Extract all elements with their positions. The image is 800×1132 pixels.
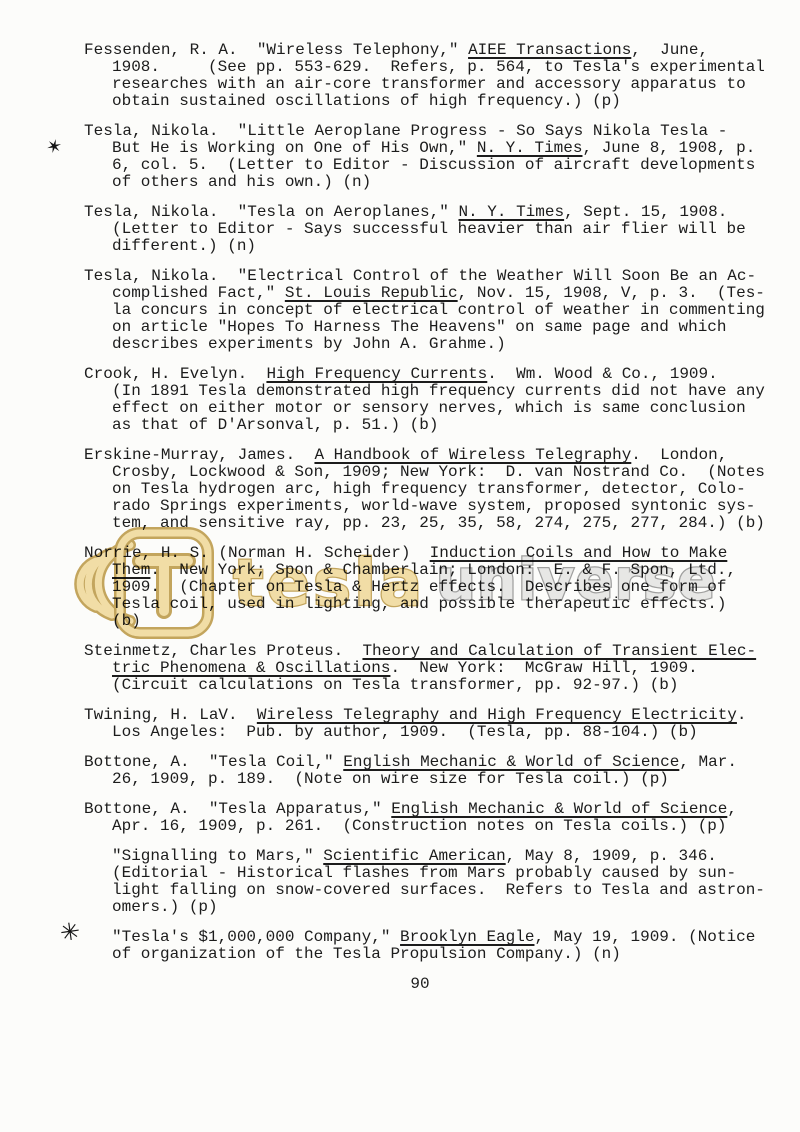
bibliography-entry: Norrie, H. S. (Norman H. Scheider) Induc… — [84, 545, 784, 630]
entry-line: omers.) (p) — [112, 899, 784, 916]
entry-line: Tesla coil, used in lighting, and possib… — [112, 596, 784, 613]
underlined-title: N. Y. Times — [458, 203, 564, 221]
entry-text: , Nov. 15, 1908, V, p. 3. (Tes- — [458, 284, 765, 302]
entry-text: Los Angeles: Pub. by author, 1909. (Tesl… — [112, 723, 698, 741]
bibliography-entry: Crook, H. Evelyn. High Frequency Current… — [84, 366, 784, 434]
entry-line: rado Springs experiments, world-wave sys… — [112, 498, 784, 515]
entry-line: as that of D'Arsonval, p. 51.) (b) — [112, 417, 784, 434]
entry-text: Fessenden, R. A. "Wireless Telephony," — [84, 41, 468, 59]
entry-line: light falling on snow-covered surfaces. … — [112, 882, 784, 899]
entry-line: Norrie, H. S. (Norman H. Scheider) Induc… — [84, 545, 784, 562]
entry-line: Tesla, Nikola. "Electrical Control of th… — [84, 268, 784, 285]
entry-text: Crosby, Lockwood & Son, 1909; New York: … — [112, 463, 765, 481]
entry-line: (In 1891 Tesla demonstrated high frequen… — [112, 383, 784, 400]
entry-line: "Signalling to Mars," Scientific America… — [112, 848, 784, 865]
bibliography-entry: Twining, H. LaV. Wireless Telegraphy and… — [84, 707, 784, 741]
page-content: Fessenden, R. A. "Wireless Telephony," A… — [84, 42, 784, 993]
entry-line: on article "Hopes To Harness The Heavens… — [112, 319, 784, 336]
entry-line: Crosby, Lockwood & Son, 1909; New York: … — [112, 464, 784, 481]
entry-text: Apr. 16, 1909, p. 261. (Construction not… — [112, 817, 727, 835]
underlined-title: English Mechanic & World of Science — [391, 800, 727, 818]
bibliography-entry: Tesla, Nikola. "Tesla on Aeroplanes," N.… — [84, 204, 784, 255]
entry-text: , — [727, 800, 737, 818]
entry-text: 1909. (Chapter on Tesla & Hertz effects.… — [112, 578, 727, 596]
entry-text: (Letter to Editor - Says successful heav… — [112, 220, 746, 238]
entry-line: different.) (n) — [112, 238, 784, 255]
bibliography-entry: Bottone, A. "Tesla Coil," English Mechan… — [84, 754, 784, 788]
entry-text: Tesla, Nikola. "Little Aeroplane Progres… — [84, 122, 727, 140]
entry-text: (Editorial - Historical flashes from Mar… — [112, 864, 736, 882]
entry-text: Tesla coil, used in lighting, and possib… — [112, 595, 727, 613]
entry-text: complished Fact," — [112, 284, 285, 302]
bibliography-entry: Tesla, Nikola. "Electrical Control of th… — [84, 268, 784, 353]
page-number: 90 — [84, 976, 756, 993]
bibliography-entry: "Signalling to Mars," Scientific America… — [84, 848, 784, 916]
entry-line: Fessenden, R. A. "Wireless Telephony," A… — [84, 42, 784, 59]
underlined-title: Brooklyn Eagle — [400, 928, 534, 946]
bibliography-list: Fessenden, R. A. "Wireless Telephony," A… — [84, 42, 784, 963]
entry-line: complished Fact," St. Louis Republic, No… — [112, 285, 784, 302]
entry-line: (Letter to Editor - Says successful heav… — [112, 221, 784, 238]
entry-line: tric Phenomena & Oscillations. New York:… — [112, 660, 784, 677]
entry-text: describes experiments by John A. Grahme.… — [112, 335, 506, 353]
entry-line: Los Angeles: Pub. by author, 1909. (Tesl… — [112, 724, 784, 741]
entry-text: 1908. (See pp. 553-629. Refers, p. 564, … — [112, 58, 765, 76]
underlined-title: tric Phenomena & Oscillations — [112, 659, 390, 677]
entry-line: Bottone, A. "Tesla Coil," English Mechan… — [84, 754, 784, 771]
entry-line: tem, and sensitive ray, pp. 23, 25, 35, … — [112, 515, 784, 532]
entry-text: , Sept. 15, 1908. — [564, 203, 727, 221]
bibliography-entry: Bottone, A. "Tesla Apparatus," English M… — [84, 801, 784, 835]
entry-text: light falling on snow-covered surfaces. … — [112, 881, 765, 899]
entry-text: , June, — [631, 41, 708, 59]
entry-text: (In 1891 Tesla demonstrated high frequen… — [112, 382, 765, 400]
entry-line: Apr. 16, 1909, p. 261. (Construction not… — [112, 818, 784, 835]
entry-text: . London, — [631, 446, 727, 464]
entry-line: 1909. (Chapter on Tesla & Hertz effects.… — [112, 579, 784, 596]
bibliography-entry: "Tesla's $1,000,000 Company," Brooklyn E… — [84, 929, 784, 963]
underlined-title: English Mechanic & World of Science — [343, 753, 679, 771]
entry-line: (Circuit calculations on Tesla transform… — [112, 677, 784, 694]
underlined-title: St. Louis Republic — [285, 284, 458, 302]
entry-line: of organization of the Tesla Propulsion … — [112, 946, 784, 963]
entry-line: describes experiments by John A. Grahme.… — [112, 336, 784, 353]
entry-text: "Tesla's $1,000,000 Company," — [112, 928, 400, 946]
entry-line: Tesla, Nikola. "Little Aeroplane Progres… — [84, 123, 784, 140]
entry-line: (b) — [112, 613, 784, 630]
bibliography-entry: Steinmetz, Charles Proteus. Theory and C… — [84, 643, 784, 694]
entry-text: . Wm. Wood & Co., 1909. — [487, 365, 717, 383]
entry-text: Crook, H. Evelyn. — [84, 365, 266, 383]
entry-text: , May 8, 1909, p. 346. — [506, 847, 717, 865]
entry-text: researches with an air-core transformer … — [112, 75, 746, 93]
entry-line: Steinmetz, Charles Proteus. Theory and C… — [84, 643, 784, 660]
scanned-bibliography-page: ✶ ✳ Fessenden, R. A. "Wireless Telephony… — [0, 0, 800, 1132]
entry-text: (b) — [112, 612, 141, 630]
underlined-title: Scientific American — [323, 847, 505, 865]
entry-line: obtain sustained oscillations of high fr… — [112, 93, 784, 110]
entry-line: But He is Working on One of His Own," N.… — [112, 140, 784, 157]
entry-text: tem, and sensitive ray, pp. 23, 25, 35, … — [112, 514, 765, 532]
entry-text: . — [737, 706, 747, 724]
entry-text: as that of D'Arsonval, p. 51.) (b) — [112, 416, 438, 434]
entry-line: Erskine-Murray, James. A Handbook of Wir… — [84, 447, 784, 464]
entry-line: Twining, H. LaV. Wireless Telegraphy and… — [84, 707, 784, 724]
entry-text: 6, col. 5. (Letter to Editor - Discussio… — [112, 156, 755, 174]
entry-text: Twining, H. LaV. — [84, 706, 257, 724]
entry-text: Erskine-Murray, James. — [84, 446, 314, 464]
entry-text: . New York: McGraw Hill, 1909. — [390, 659, 697, 677]
entry-text: effect on either motor or sensory nerves… — [112, 399, 746, 417]
entry-text: , June 8, 1908, p. — [582, 139, 755, 157]
entry-text: Tesla, Nikola. "Electrical Control of th… — [84, 267, 756, 285]
underlined-title: A Handbook of Wireless Telegraphy — [314, 446, 631, 464]
entry-text: (Circuit calculations on Tesla transform… — [112, 676, 679, 694]
entry-text: la concurs in concept of electrical cont… — [112, 301, 765, 319]
entry-text: Bottone, A. "Tesla Apparatus," — [84, 800, 391, 818]
bibliography-entry: Fessenden, R. A. "Wireless Telephony," A… — [84, 42, 784, 110]
entry-text: on Tesla hydrogen arc, high frequency tr… — [112, 480, 746, 498]
entry-line: 6, col. 5. (Letter to Editor - Discussio… — [112, 157, 784, 174]
entry-text: of others and his own.) (n) — [112, 173, 371, 191]
entry-line: Crook, H. Evelyn. High Frequency Current… — [84, 366, 784, 383]
bibliography-entry: Erskine-Murray, James. A Handbook of Wir… — [84, 447, 784, 532]
entry-text: omers.) (p) — [112, 898, 218, 916]
margin-star-mark: ✳ — [58, 917, 82, 948]
margin-star-mark: ✶ — [44, 134, 65, 159]
entry-line: 26, 1909, p. 189. (Note on wire size for… — [112, 771, 784, 788]
entry-text: . New York; Spon & Chamberlain; London: … — [150, 561, 736, 579]
entry-text: 26, 1909, p. 189. (Note on wire size for… — [112, 770, 669, 788]
entry-line: Them. New York; Spon & Chamberlain; Lond… — [112, 562, 784, 579]
entry-text: But He is Working on One of His Own," — [112, 139, 477, 157]
entry-line: (Editorial - Historical flashes from Mar… — [112, 865, 784, 882]
entry-line: of others and his own.) (n) — [112, 174, 784, 191]
entry-text: on article "Hopes To Harness The Heavens… — [112, 318, 727, 336]
entry-line: "Tesla's $1,000,000 Company," Brooklyn E… — [112, 929, 784, 946]
underlined-title: Induction Coils and How to Make — [430, 544, 728, 562]
underlined-title: N. Y. Times — [477, 139, 583, 157]
entry-text: "Signalling to Mars," — [112, 847, 323, 865]
underlined-title: Them — [112, 561, 150, 579]
bibliography-entry: Tesla, Nikola. "Little Aeroplane Progres… — [84, 123, 784, 191]
entry-text: Norrie, H. S. (Norman H. Scheider) — [84, 544, 430, 562]
entry-text: obtain sustained oscillations of high fr… — [112, 92, 621, 110]
entry-line: on Tesla hydrogen arc, high frequency tr… — [112, 481, 784, 498]
entry-text: different.) (n) — [112, 237, 256, 255]
underlined-title: Wireless Telegraphy and High Frequency E… — [257, 706, 737, 724]
entry-text: , Mar. — [679, 753, 737, 771]
entry-line: Bottone, A. "Tesla Apparatus," English M… — [84, 801, 784, 818]
entry-line: researches with an air-core transformer … — [112, 76, 784, 93]
entry-line: effect on either motor or sensory nerves… — [112, 400, 784, 417]
entry-line: 1908. (See pp. 553-629. Refers, p. 564, … — [112, 59, 784, 76]
entry-text: Tesla, Nikola. "Tesla on Aeroplanes," — [84, 203, 458, 221]
entry-line: Tesla, Nikola. "Tesla on Aeroplanes," N.… — [84, 204, 784, 221]
underlined-title: High Frequency Currents — [266, 365, 487, 383]
underlined-title: AIEE Transactions — [468, 41, 631, 59]
entry-line: la concurs in concept of electrical cont… — [112, 302, 784, 319]
entry-text: , May 19, 1909. (Notice — [534, 928, 755, 946]
entry-text: of organization of the Tesla Propulsion … — [112, 945, 621, 963]
entry-text: rado Springs experiments, world-wave sys… — [112, 497, 755, 515]
underlined-title: Theory and Calculation of Transient Elec… — [362, 642, 756, 660]
entry-text: Steinmetz, Charles Proteus. — [84, 642, 362, 660]
entry-text: Bottone, A. "Tesla Coil," — [84, 753, 343, 771]
